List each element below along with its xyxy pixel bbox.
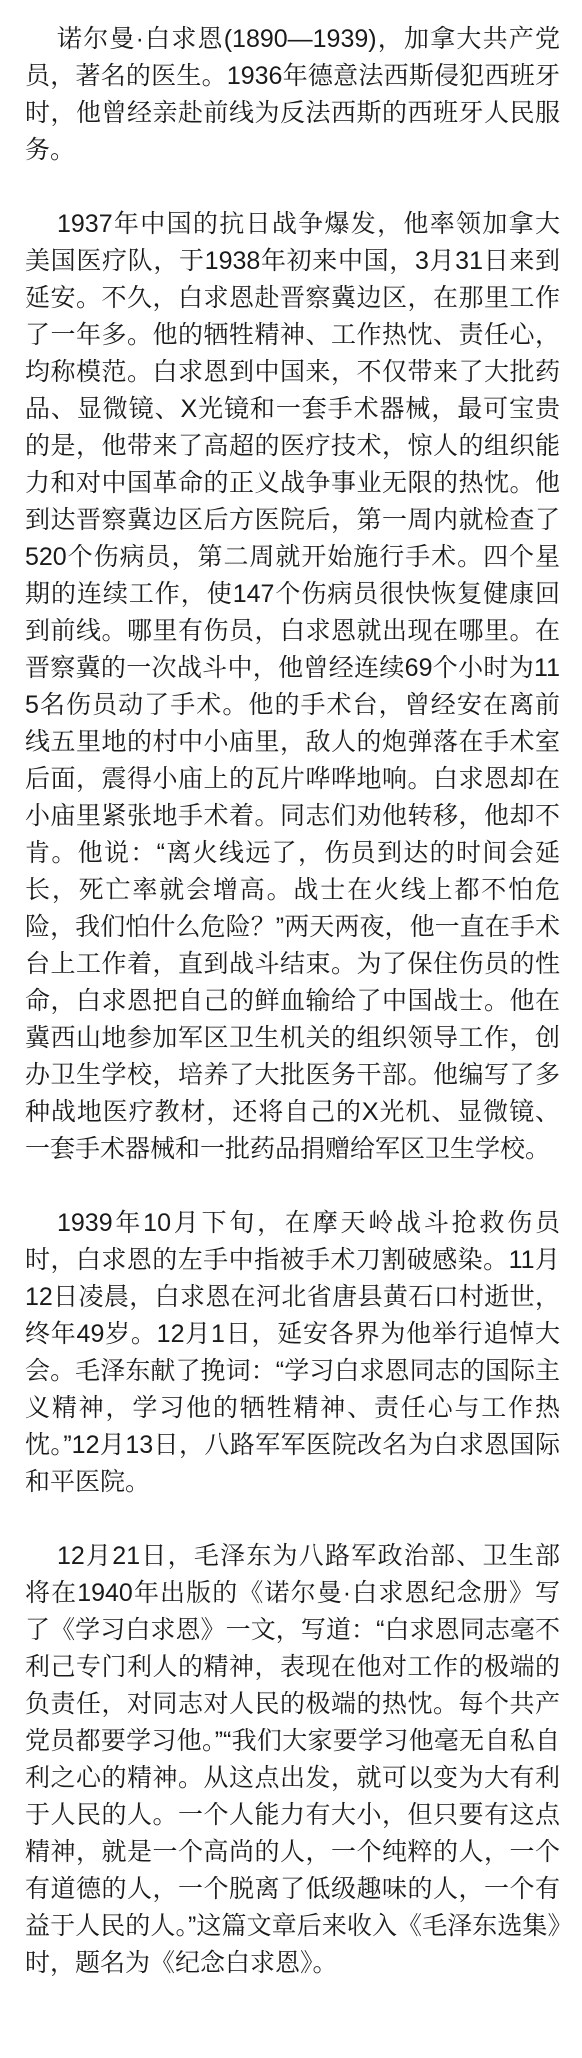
document-page: 诺尔曼·白求恩(1890—1939)，加拿大共产党员，著名的医生。1936年德意… <box>0 0 582 2058</box>
paragraph-work-in-china: 1937年中国的抗日战争爆发，他率领加拿大美国医疗队，于1938年初来中国，3月… <box>25 206 560 1168</box>
paragraph-mao-essay: 12月21日，毛泽东为八路军政治部、卫生部将在1940年出版的《诺尔曼·白求恩纪… <box>25 1538 560 1982</box>
paragraph-death-memorial: 1939年10月下旬，在摩天岭战斗抢救伤员时，白求恩的左手中指被手术刀割破感染。… <box>25 1205 560 1501</box>
paragraph-intro: 诺尔曼·白求恩(1890—1939)，加拿大共产党员，著名的医生。1936年德意… <box>25 21 560 169</box>
